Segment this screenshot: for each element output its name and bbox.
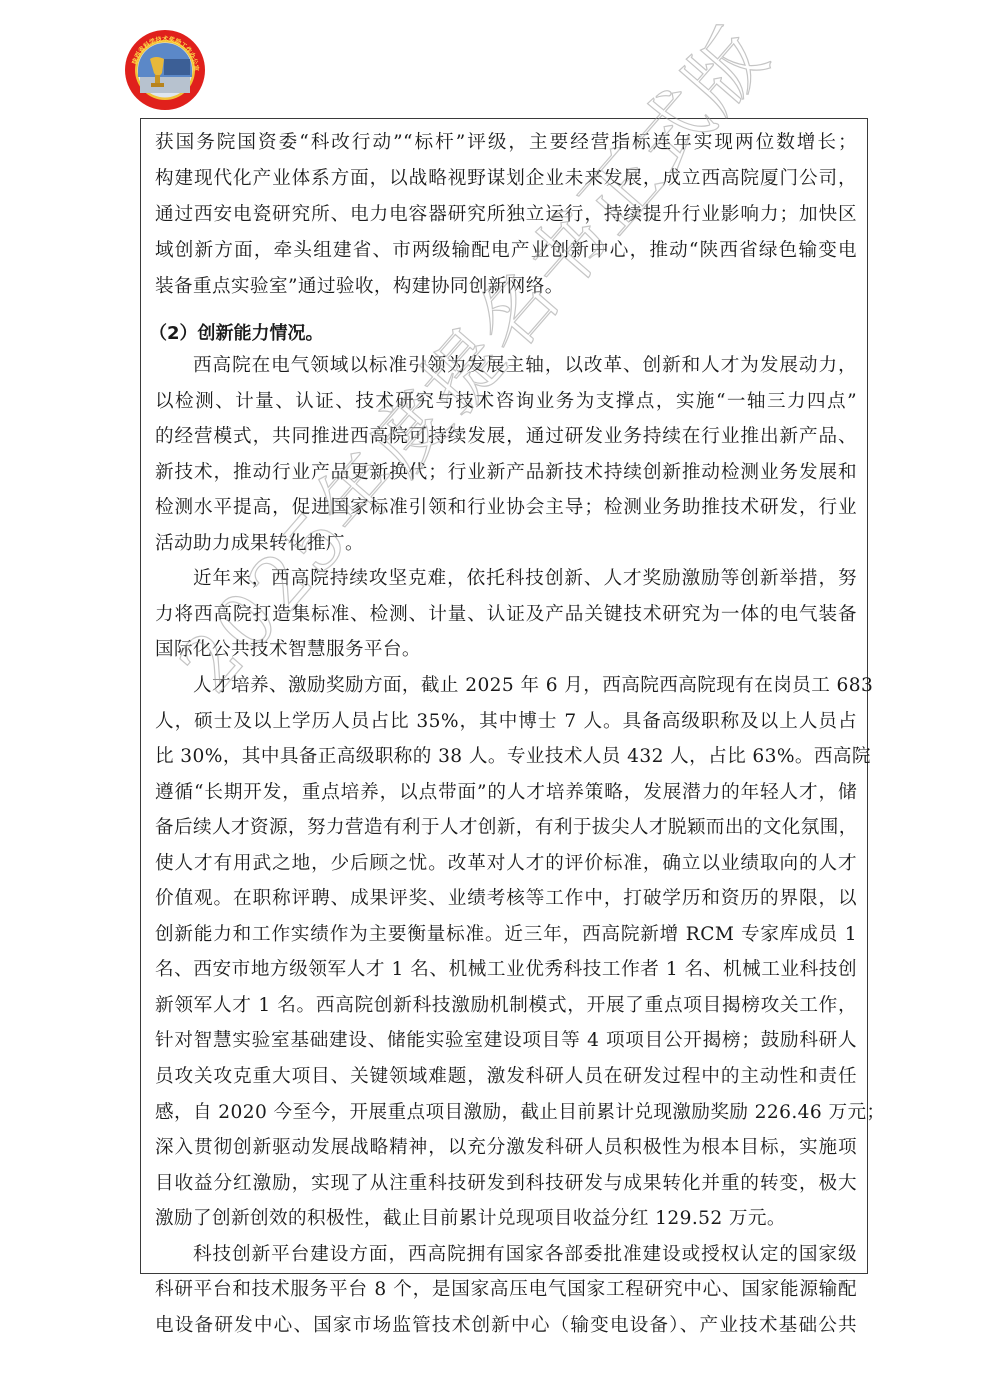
paragraph-line: 检测水平提高，促进国家标准引领和行业协会主导；检测业务助推技术研发，行业: [155, 493, 857, 523]
paragraph-line: 人，硕士及以上学历人员占比 35%，其中博士 7 人。具备高级职称及以上人员占: [155, 707, 857, 737]
paragraph-line: 遵循“长期开发，重点培养，以点带面”的人才培养策略，发展潜力的年轻人才，储: [155, 778, 857, 808]
paragraph-line: 国际化公共技术智慧服务平台。: [155, 635, 857, 665]
section-heading: （2）创新能力情况。: [149, 319, 857, 349]
organization-seal-logo: 陕西省科学技术奖励工作办公室: [124, 29, 206, 111]
seal-emblem-icon: 陕西省科学技术奖励工作办公室: [124, 29, 206, 111]
paragraph-line: 激励了创新创效的积极性，截止目前累计兑现项目收益分红 129.52 万元。: [155, 1204, 857, 1234]
paragraph-line: 力将西高院打造集标准、检测、计量、认证及产品关键技术研究为一体的电气装备: [155, 600, 857, 630]
paragraph-line: 西高院在电气领域以标准引领为发展主轴，以改革、创新和人才为发展动力，: [193, 351, 857, 381]
document-content-frame: 获国务院国资委“科改行动”“标杆”评级，主要经营指标连年实现两位数增长；构建现代…: [140, 118, 868, 1274]
paragraph-line: 价值观。在职称评聘、成果评奖、业绩考核等工作中，打破学历和资历的界限，以: [155, 884, 857, 914]
paragraph-line: 针对智慧实验室基础建设、储能实验室建设项目等 4 项项目公开揭榜；鼓励科研人: [155, 1026, 857, 1056]
paragraph-line: 名、西安市地方级领军人才 1 名、机械工业优秀科技工作者 1 名、机械工业科技创: [155, 955, 857, 985]
paragraph-line: 新领军人才 1 名。西高院创新科技激励机制模式，开展了重点项目揭榜攻关工作，: [155, 991, 857, 1021]
paragraph-line: 备后续人才资源，努力营造有利于人才创新，有利于拔尖人才脱颖而出的文化氛围，: [155, 813, 857, 843]
paragraph-line: 域创新方面，牵头组建省、市两级输配电产业创新中心，推动“陕西省绿色输变电: [155, 236, 857, 266]
paragraph-line: 创新能力和工作实绩作为主要衡量标准。近三年，西高院新增 RCM 专家库成员 1: [155, 920, 857, 950]
paragraph-line: 目收益分红激励，实现了从注重科技研发到科技研发与成果转化并重的转变，极大: [155, 1169, 857, 1199]
paragraph-line: 使人才有用武之地，少后顾之忧。改革对人才的评价标准，确立以业绩取向的人才: [155, 849, 857, 879]
paragraph-line: 获国务院国资委“科改行动”“标杆”评级，主要经营指标连年实现两位数增长；: [155, 128, 857, 158]
paragraph-line: 科研平台和技术服务平台 8 个，是国家高压电气国家工程研究中心、国家能源输配: [155, 1275, 857, 1305]
paragraph-line: 活动助力成果转化推广。: [155, 529, 857, 559]
paragraph-line: 电设备研发中心、国家市场监管技术创新中心（输变电设备）、产业技术基础公共: [155, 1311, 857, 1341]
paragraph-line: 科技创新平台建设方面，西高院拥有国家各部委批准建设或授权认定的国家级: [193, 1240, 857, 1270]
paragraph-line: 以检测、计量、认证、技术研究与技术咨询业务为支撑点，实施“一轴三力四点”: [155, 387, 857, 417]
paragraph-line: 感，自 2020 今至今，开展重点项目激励，截止目前累计兑现激励奖励 226.4…: [155, 1098, 857, 1128]
paragraph-line: 比 30%，其中具备正高级职称的 38 人。专业技术人员 432 人，占比 63…: [155, 742, 857, 772]
paragraph-line: 深入贯彻创新驱动发展战略精神，以充分激发科研人员积极性为根本目标，实施项: [155, 1133, 857, 1163]
paragraph-line: 员攻关攻克重大项目、关键领域难题，激发科研人员在研发过程中的主动性和责任: [155, 1062, 857, 1092]
paragraph-line: 装备重点实验室”通过验收，构建协同创新网络。: [155, 272, 857, 302]
paragraph-line: 通过西安电瓷研究所、电力电容器研究所独立运行，持续提升行业影响力；加快区: [155, 200, 857, 230]
paragraph-line: 近年来，西高院持续攻坚克难，依托科技创新、人才奖励激励等创新举措，努: [193, 564, 857, 594]
paragraph-line: 构建现代化产业体系方面，以战略视野谋划企业未来发展，成立西高院厦门公司，: [155, 164, 857, 194]
paragraph-line: 新技术，推动行业产品更新换代；行业新产品新技术持续创新推动检测业务发展和: [155, 458, 857, 488]
paragraph-line: 人才培养、激励奖励方面，截止 2025 年 6 月，西高院西高院现有在岗员工 6…: [193, 671, 857, 701]
paragraph-line: 的经营模式，共同推进西高院可持续发展，通过研发业务持续在行业推出新产品、: [155, 422, 857, 452]
